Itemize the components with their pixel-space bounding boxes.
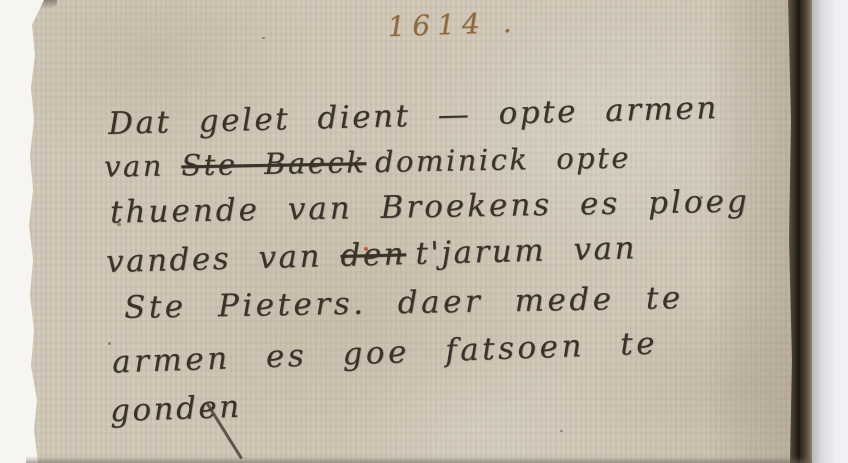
line-4-text: vandes van [106,238,323,280]
paper-speck [262,37,265,39]
handwritten-line-7: gonden [109,389,242,430]
fore-edge-groove [798,0,800,463]
year-heading: 1614 . [337,4,568,45]
line-2-struck-word: Ste Baeck [181,145,367,182]
line-4-text: t'jarum van [415,230,637,272]
page-bottom-shadow [26,456,812,463]
line-4-struck-word: den [340,236,407,274]
line-2-text: van [104,149,164,184]
handwritten-line-1: Dat gelet dient — opte armen [108,90,720,142]
torn-corner-notch [33,0,57,9]
handwritten-line-3: thuende van Broekens es ploeg [110,183,750,230]
handwritten-line-6: armen es goe fatsoen te [112,325,659,380]
handwritten-line-5: Ste Pieters. daer mede te [124,280,684,326]
line-2-text: dominick opte [375,140,632,178]
manuscript-scan: 1614 . Dat gelet dient — opte armen vanS… [0,0,848,463]
scan-background-right [808,0,848,463]
paper-speck [560,430,563,432]
handwritten-line-4: vandes vandent'jarum van [106,230,647,280]
manuscript-page: 1614 . Dat gelet dient — opte armen vanS… [0,0,848,463]
handwritten-line-2: vanSte Baeckdominick opte [104,140,640,183]
